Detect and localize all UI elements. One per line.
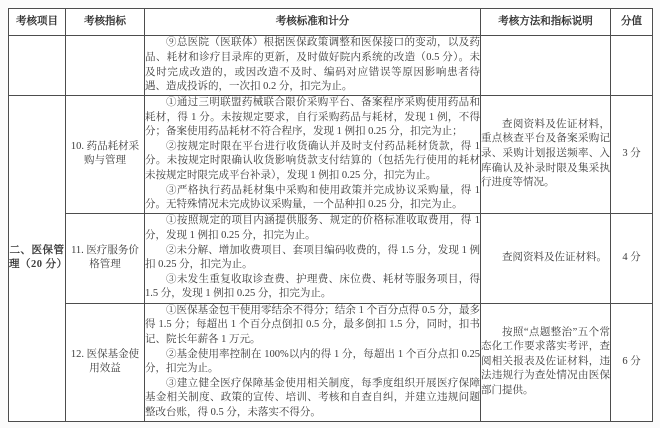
method-cell-empty — [481, 36, 611, 96]
method-cell: 按照“点题整治”五个常态化工作要求落实考评，查阅相关报表及佐证材料，违法违规行为… — [481, 303, 611, 421]
method-text: 查阅资料及佐证材料。 — [481, 251, 610, 266]
standards-cell: ⑨总医院（医联体）根据医保政策调整和医保接口的变动，以及药品、耗材和诊疗目录库的… — [145, 36, 481, 96]
method-text: 按照“点题整治”五个常态化工作要求落实考评，查阅相关报表及佐证材料，违法违规行为… — [481, 326, 610, 399]
standard-item: ①按照规定的项目内涵提供服务、规定的价格标准收取费用，得 1 分，发现 1 例扣… — [145, 214, 480, 243]
standards-cell: ①通过三明联盟药械联合限价采购平台、备案程序采购使用药品和耗材，得 1 分。未按… — [145, 96, 481, 214]
score-cell: 6 分 — [611, 303, 653, 421]
standard-item: ③未发生重复收取诊查费、护理费、床位费、耗材等服务项目，得 1.5 分，发现 1… — [145, 273, 480, 302]
standard-item: ③严格执行药品耗材集中采购和使用政策并完成协议采购量，得 1 分。无特殊情况未完… — [145, 184, 480, 213]
table-row: 11. 医疗服务价格管理 ①按照规定的项目内涵提供服务、规定的价格标准收取费用，… — [9, 213, 653, 303]
standard-item: ①通过三明联盟药械联合限价采购平台、备案程序采购使用药品和耗材，得 1 分。未按… — [145, 96, 480, 140]
score-cell: 3 分 — [611, 96, 653, 214]
project-cell-empty — [9, 36, 66, 96]
standard-item: ②基金使用率控制在 100%以内的得 1 分，每超出 1 个百分点扣 0.25 … — [145, 348, 480, 377]
standards-cell: ①医保基金包干使用零结余不得分；结余 1 个百分点得 0.5 分，最多得 1.5… — [145, 303, 481, 421]
header-row: 考核项目 考核指标 考核标准和计分 考核方法和指标说明 分值 — [9, 9, 653, 36]
header-method: 考核方法和指标说明 — [481, 9, 611, 36]
indicator-cell-empty — [66, 36, 145, 96]
indicator-cell: 11. 医疗服务价格管理 — [66, 213, 145, 303]
score-cell: 4 分 — [611, 213, 653, 303]
standards-cell: ①按照规定的项目内涵提供服务、规定的价格标准收取费用，得 1 分，发现 1 例扣… — [145, 213, 481, 303]
method-cell: 查阅资料及佐证材料。 — [481, 213, 611, 303]
method-cell: 查阅资料及佐证材料，重点核查平台及备案采购记录、采购计划报送频率、入库确认及补录… — [481, 96, 611, 214]
indicator-cell: 10. 药品耗材采购与管理 — [66, 96, 145, 214]
standard-item: ②按规定时限在平台进行收货确认并及时支付药品耗材货款，得 1 分。未按规定时限确… — [145, 140, 480, 184]
score-cell-empty — [611, 36, 653, 96]
method-text: 查阅资料及佐证材料，重点核查平台及备案采购记录、采购计划报送频率、入库确认及补录… — [481, 118, 610, 191]
header-score: 分值 — [611, 9, 653, 36]
assessment-table: 考核项目 考核指标 考核标准和计分 考核方法和指标说明 分值 ⑨总医院（医联体）… — [8, 8, 653, 422]
document-page: 考核项目 考核指标 考核标准和计分 考核方法和指标说明 分值 ⑨总医院（医联体）… — [0, 0, 660, 428]
standard-item: ⑨总医院（医联体）根据医保政策调整和医保接口的变动，以及药品、耗材和诊疗目录库的… — [145, 36, 480, 94]
header-standards: 考核标准和计分 — [145, 9, 481, 36]
table-row: ⑨总医院（医联体）根据医保政策调整和医保接口的变动，以及药品、耗材和诊疗目录库的… — [9, 36, 653, 96]
project-cell: 二、医保管理（20 分） — [9, 96, 66, 422]
standard-item: ①医保基金包干使用零结余不得分；结余 1 个百分点得 0.5 分，最多得 1.5… — [145, 304, 480, 348]
header-project: 考核项目 — [9, 9, 66, 36]
indicator-cell: 12. 医保基金使用效益 — [66, 303, 145, 421]
standard-item: ③建立健全医疗保障基金使用相关制度，每季度组织开展医疗保障基金相关制度、政策的宣… — [145, 377, 480, 421]
table-row: 12. 医保基金使用效益 ①医保基金包干使用零结余不得分；结余 1 个百分点得 … — [9, 303, 653, 421]
standard-item: ②未分解、增加收费项目、套项目编码收费的，得 1.5 分，发现 1 例扣 0.2… — [145, 244, 480, 273]
table-row: 二、医保管理（20 分） 10. 药品耗材采购与管理 ①通过三明联盟药械联合限价… — [9, 96, 653, 214]
header-indicator: 考核指标 — [66, 9, 145, 36]
